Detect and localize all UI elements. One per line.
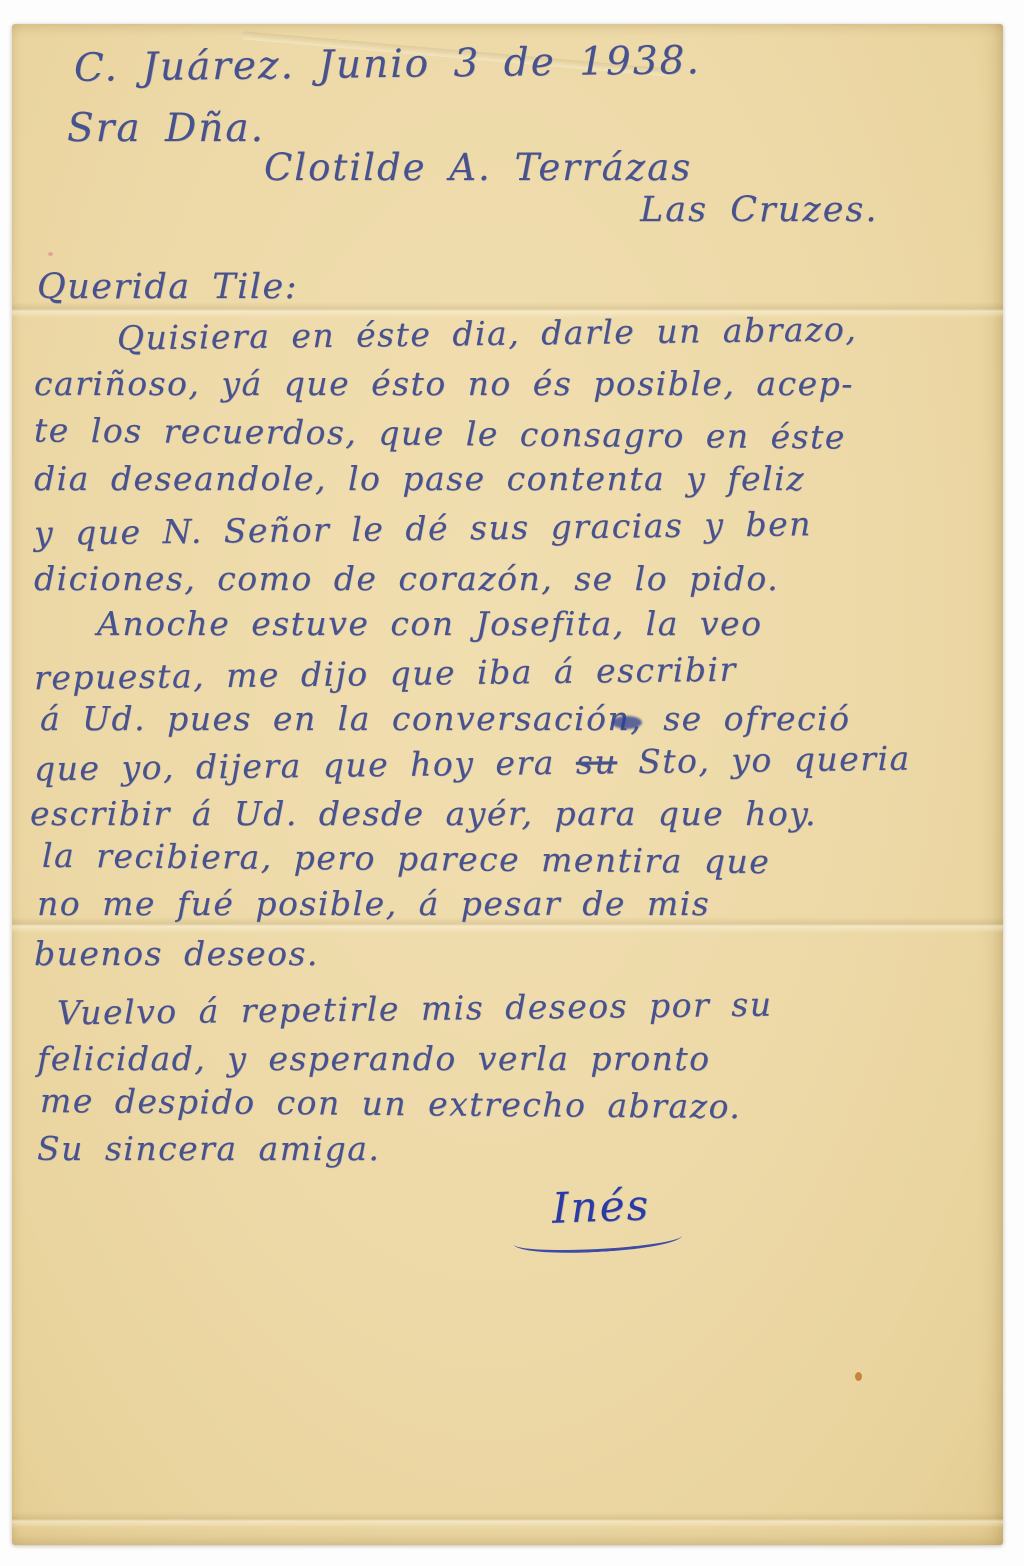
letter-page: C. Juárez. Junio 3 de 1938. Sra Dña. Clo… <box>12 24 1003 1545</box>
body-line: cariñoso, yá que ésto no és posible, ace… <box>34 364 854 403</box>
salutation: Querida Tile: <box>37 267 298 307</box>
body-line: Anoche estuve con Josefita, la veo <box>97 604 762 643</box>
body-line-with-strikeout: que yo, dijera que hoy era su Sto, yo qu… <box>34 739 911 789</box>
body-line: me despido con un extrecho abrazo. <box>40 1081 742 1126</box>
body-line: buenos deseos. <box>34 934 319 973</box>
body-line: la recibiera, pero parece mentira que <box>42 836 771 881</box>
body-line: repuesta, me dijo que iba á escribir <box>34 650 737 698</box>
body-line: á Ud. pues en la conversación, se ofreci… <box>40 699 850 738</box>
signature: Inés <box>551 1180 651 1232</box>
body-line-suffix: Sto, yo queria <box>617 739 911 782</box>
struck-word: su <box>576 742 618 782</box>
ink-blot <box>612 716 642 729</box>
recipient-place: Las Cruzes. <box>640 190 879 230</box>
body-line-prefix: que yo, dijera que hoy era <box>34 743 576 789</box>
recipient-title: Sra Dña. <box>67 106 265 151</box>
fold-crease-lower <box>12 1512 1003 1528</box>
body-line: felicidad, y esperando verla pronto <box>37 1039 711 1078</box>
body-line: Quisiera en éste dia, darle un abrazo, <box>117 309 858 357</box>
body-line: y que N. Señor le dé sus gracias y ben <box>34 504 812 553</box>
body-line: no me fué posible, á pesar de mis <box>37 884 710 923</box>
letter-scan: C. Juárez. Junio 3 de 1938. Sra Dña. Clo… <box>0 0 1024 1566</box>
signature-underline-flourish <box>514 1232 683 1257</box>
closing-line: Su sincera amiga. <box>37 1129 380 1168</box>
recipient-name: Clotilde A. Terrázas <box>264 146 692 189</box>
body-line: diciones, como de corazón, se lo pido. <box>34 559 779 598</box>
pink-speck <box>48 252 53 256</box>
body-line: Vuelvo á repetirle mis deseos por su <box>57 985 773 1033</box>
body-line: dia deseandole, lo pase contenta y feliz <box>34 459 805 498</box>
body-line: te los recuerdos, que le consagro en ést… <box>34 410 846 456</box>
rust-stain <box>855 1372 862 1381</box>
body-line: escribir á Ud. desde ayér, para que hoy. <box>30 794 817 833</box>
place-date-line: C. Juárez. Junio 3 de 1938. <box>74 38 701 91</box>
